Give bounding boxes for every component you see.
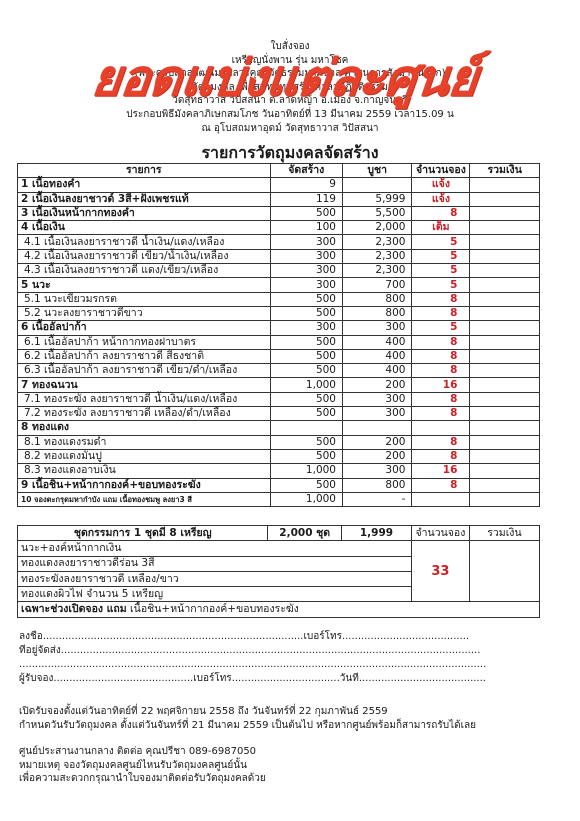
item-name: 8.2 ทองแดงมันปู [18, 449, 271, 463]
reserved-count: แจ้ง [412, 178, 470, 192]
set-price: 1,999 [341, 526, 411, 541]
reserved-count: 8 [412, 349, 470, 363]
total-cell[interactable] [470, 464, 540, 478]
price: 700 [342, 278, 411, 292]
total-cell[interactable] [470, 335, 540, 349]
total-cell[interactable] [470, 278, 540, 292]
item-name: 5 นวะ [18, 278, 271, 292]
price: 300 [342, 392, 411, 406]
table-row: 6 เนื้ออัลปาก้า3003005 [18, 321, 540, 335]
price: 2,300 [342, 264, 411, 278]
price: 5,500 [342, 206, 411, 220]
set-made: 2,000 ชุด [268, 526, 341, 541]
item-name: 9 เนื้อชิน+หน้ากากองค์+ขอบทองระฆัง [18, 478, 271, 492]
price: 2,300 [342, 235, 411, 249]
price: 200 [342, 378, 411, 392]
table-row: 7.1 ทองระฆัง ลงยาราชาวดี น้ำเงิน/แดง/เหล… [18, 392, 540, 406]
price: 200 [342, 449, 411, 463]
open-period: เปิดรับจองตั้งแต่วันอาทิตย์ที่ 22 พฤศจิก… [19, 705, 579, 719]
set-total-cell[interactable] [469, 541, 539, 602]
col-header-reserved: จำนวนจอง [412, 164, 470, 178]
item-name: 6 เนื้ออัลปาก้า [18, 321, 271, 335]
price: 2,000 [342, 221, 411, 235]
made-count: 119 [270, 192, 342, 206]
table-row: 10 จองตะกรุดมหากำบัง แถม เนื้อทองชมพู ลง… [18, 492, 540, 506]
item-name: 4.1 เนื้อเงินลงยาราชาวดี น้ำเงิน/แดง/เหล… [18, 235, 271, 249]
item-name: 4.3 เนื้อเงินลงยาราชาวดี แดง/เขียว/เหลือ… [18, 264, 271, 278]
table-header-row: รายการ จัดสร้าง บูชา จำนวนจอง รวมเงิน [18, 164, 540, 178]
made-count: 500 [270, 306, 342, 320]
reserved-count: เต็ม [412, 221, 470, 235]
made-count: 300 [270, 235, 342, 249]
item-name: 6.2 เนื้ออัลปาก้า ลงยาราชาวดี สีธงชาติ [18, 349, 271, 363]
set-bonus-row: เฉพาะช่วงเปิดจอง แถม เนื้อชิน+หน้ากากองค… [18, 602, 540, 617]
notes-section: เปิดรับจองตั้งแต่วันอาทิตย์ที่ 22 พฤศจิก… [19, 705, 579, 786]
item-name: 3 เนื้อเงินหน้ากากทองคำ [18, 206, 271, 220]
made-count: 300 [270, 278, 342, 292]
made-count: 500 [270, 292, 342, 306]
name-label: ลงชื่อ [19, 631, 43, 642]
total-cell[interactable] [470, 407, 540, 421]
reserved-count: 16 [412, 464, 470, 478]
reserved-count: 8 [412, 407, 470, 421]
total-cell[interactable] [470, 192, 540, 206]
table-row: 7 ทองฉนวน1,00020016 [18, 378, 540, 392]
price: 300 [342, 321, 411, 335]
reserved-count [412, 492, 470, 506]
reserved-count: 5 [412, 321, 470, 335]
reserved-count: 8 [412, 449, 470, 463]
contact-info: ศูนย์ประสานงานกลาง ติดต่อ คุณปรีชา 089-6… [19, 745, 579, 759]
col-header-total: รวมเงิน [470, 164, 540, 178]
total-cell[interactable] [470, 221, 540, 235]
reserved-count: 8 [412, 206, 470, 220]
col-header-made: จัดสร้าง [270, 164, 342, 178]
table-row: 4.2 เนื้อเงินลงยาราชาวดี เขียว/น้ำเงิน/เ… [18, 249, 540, 263]
total-cell[interactable] [470, 364, 540, 378]
reserved-count: 8 [412, 364, 470, 378]
made-count: 1,000 [270, 378, 342, 392]
set-item: ทองแดงลงยาราชาวดีร่อน 3สี [18, 556, 412, 571]
table-row: 4.1 เนื้อเงินลงยาราชาวดี น้ำเงิน/แดง/เหล… [18, 235, 540, 249]
total-cell[interactable] [470, 435, 540, 449]
price: 400 [342, 364, 411, 378]
table-row: 5.2 นวะลงยาราชาวดีขาว5008008 [18, 306, 540, 320]
item-name: 6.3 เนื้ออัลปาก้า ลงยาราชาวดี เขียว/ดำ/เ… [18, 364, 271, 378]
price: 300 [342, 464, 411, 478]
set-header-row: ชุดกรรมการ 1 ชุดมี 8 เหรียญ 2,000 ชุด 1,… [18, 526, 540, 541]
reserved-count: 8 [412, 335, 470, 349]
reserved-count: 16 [412, 378, 470, 392]
total-cell[interactable] [470, 421, 540, 435]
price: 2,300 [342, 249, 411, 263]
col-header-price: บูชา [342, 164, 411, 178]
table-row: 5 นวะ3007005 [18, 278, 540, 292]
table-row: 7.2 ทองระฆัง ลงยาราชาวดี เหลือง/ดำ/เหลือ… [18, 407, 540, 421]
made-count: 500 [270, 392, 342, 406]
remark-2: เพื่อความสะดวกกรุณานำใบจองมาติดต่อรับวัต… [19, 772, 579, 786]
table-row: 4.3 เนื้อเงินลงยาราชาวดี แดง/เขียว/เหลือ… [18, 264, 540, 278]
col-header-item: รายการ [18, 164, 271, 178]
item-name: 4 เนื้อเงิน [18, 221, 271, 235]
bonus-text: เนื้อชิน+หน้ากากองค์+ขอบทองระฆัง [127, 603, 299, 615]
total-cell[interactable] [470, 449, 540, 463]
reserved-count: 5 [412, 235, 470, 249]
made-count: 300 [270, 264, 342, 278]
price [342, 178, 411, 192]
made-count: 500 [270, 478, 342, 492]
made-count: 500 [270, 449, 342, 463]
made-count: 500 [270, 206, 342, 220]
reserved-count: 5 [412, 249, 470, 263]
table-row: 8.3 ทองแดงอาบเงิน1,00030016 [18, 464, 540, 478]
reserved-count: 8 [412, 435, 470, 449]
table-row: 1 เนื้อทองคำ9แจ้ง [18, 178, 540, 192]
set-reserved-count: 33 [411, 541, 469, 602]
total-cell[interactable] [470, 178, 540, 192]
made-count: 300 [270, 249, 342, 263]
set-item-row: นวะ+องค์หน้ากากเงิน 33 [18, 541, 540, 556]
table-row: 8 ทองแดง [18, 421, 540, 435]
phone-label: เบอร์โทร [303, 631, 341, 642]
receiver-label: ผู้รับจอง [19, 673, 53, 684]
item-name: 8.3 ทองแดงอาบเงิน [18, 464, 271, 478]
address-label: ที่อยู่จัดส่ง [19, 645, 61, 656]
item-name: 2 เนื้อเงินลงยาชาวด์ 3สี+ฝังเพชรแท้ [18, 192, 271, 206]
header-line: ณ อุโบสถมหาอุดม์ วัดสุทธาวาส วิปัสสนา [0, 122, 580, 136]
items-table: รายการ จัดสร้าง บูชา จำนวนจอง รวมเงิน 1 … [17, 163, 540, 507]
item-name: 7.2 ทองระฆัง ลงยาราชาวดี เหลือง/ดำ/เหลือ… [18, 407, 271, 421]
made-count [270, 421, 342, 435]
reserved-count: 8 [412, 292, 470, 306]
table-row: 9 เนื้อชิน+หน้ากากองค์+ขอบทองระฆัง500800… [18, 478, 540, 492]
set-item: ทองระฆังลงยาราชาวดี เหลือง/ขาว [18, 571, 412, 586]
price: 800 [342, 478, 411, 492]
table-row: 6.2 เนื้ออัลปาก้า ลงยาราชาวดี สีธงชาติ50… [18, 349, 540, 363]
item-name: 5.1 นวะเขียวมรกรต [18, 292, 271, 306]
order-form: ลงชื่อ..................................… [19, 630, 559, 686]
table-row: 3 เนื้อเงินหน้ากากทองคำ5005,5008 [18, 206, 540, 220]
table-row: 6.1 เนื้ออัลปาก้า หน้ากากทองฝาบาตร500400… [18, 335, 540, 349]
item-name: 8 ทองแดง [18, 421, 271, 435]
total-cell[interactable] [470, 264, 540, 278]
receiver-phone-label: เบอร์โทร [193, 673, 231, 684]
total-cell[interactable] [470, 235, 540, 249]
made-count: 300 [270, 321, 342, 335]
total-cell[interactable] [470, 306, 540, 320]
made-count: 500 [270, 364, 342, 378]
total-cell[interactable] [470, 206, 540, 220]
reserved-count: 8 [412, 478, 470, 492]
price: 800 [342, 292, 411, 306]
price: - [342, 492, 411, 506]
made-count: 500 [270, 349, 342, 363]
made-count: 9 [270, 178, 342, 192]
made-count: 500 [270, 435, 342, 449]
form-address-line[interactable]: ที่อยู่จัดส่ง...........................… [19, 644, 559, 658]
table-row: 5.1 นวะเขียวมรกรต5008008 [18, 292, 540, 306]
form-receiver-line[interactable]: ผู้รับจอง...............................… [19, 672, 559, 686]
date-label: วันที่ [340, 673, 359, 684]
table-row: 8.1 ทองแดงรมดำ5002008 [18, 435, 540, 449]
price: 400 [342, 335, 411, 349]
table-row: 8.2 ทองแดงมันปู5002008 [18, 449, 540, 463]
item-name: 10 จองตะกรุดมหากำบัง แถม เนื้อทองชมพู ลง… [18, 492, 271, 506]
price: 5,999 [342, 192, 411, 206]
total-cell[interactable] [470, 292, 540, 306]
made-count: 1,000 [270, 464, 342, 478]
price [342, 421, 411, 435]
price: 300 [342, 407, 411, 421]
set-item: ทองแดงผิวไฟ จำนวน 5 เหรียญ [18, 587, 412, 602]
total-cell[interactable] [470, 392, 540, 406]
reserved-count: 8 [412, 306, 470, 320]
total-cell[interactable] [470, 478, 540, 492]
set-table: ชุดกรรมการ 1 ชุดมี 8 เหรียญ 2,000 ชุด 1,… [17, 525, 540, 618]
table-row: 4 เนื้อเงิน1002,000เต็ม [18, 221, 540, 235]
table-row: 6.3 เนื้ออัลปาก้า ลงยาราชาวดี เขียว/ดำ/เ… [18, 364, 540, 378]
remark: หมายเหตุ จองวัตถุมงคลศูนย์ไหนรับวัตถุมงค… [19, 759, 579, 773]
item-name: 1 เนื้อทองคำ [18, 178, 271, 192]
made-count: 100 [270, 221, 342, 235]
set-total-header: รวมเงิน [469, 526, 539, 541]
price: 200 [342, 435, 411, 449]
set-item: นวะ+องค์หน้ากากเงิน [18, 541, 412, 556]
reserved-count: แจ้ง [412, 192, 470, 206]
item-name: 5.2 นวะลงยาราชาวดีขาว [18, 306, 271, 320]
item-name: 7.1 ทองระฆัง ลงยาราชาวดี น้ำเงิน/แดง/เหล… [18, 392, 271, 406]
table-row: 2 เนื้อเงินลงยาชาวด์ 3สี+ฝังเพชรแท้1195,… [18, 192, 540, 206]
price: 400 [342, 349, 411, 363]
item-name: 7 ทองฉนวน [18, 378, 271, 392]
pickup-info: กำหนดวันรับวัตถุมงคล ตั้งแต่วันจันทร์ที่… [19, 719, 579, 733]
item-name: 4.2 เนื้อเงินลงยาราชาวดี เขียว/น้ำเงิน/เ… [18, 249, 271, 263]
form-address-line-2[interactable]: ........................................… [19, 658, 559, 672]
header-line: ประกอบพิธีมังคลาภิเษกสมโภช วันอาทิตย์ที่… [0, 108, 580, 122]
reserved-count: 8 [412, 392, 470, 406]
total-cell[interactable] [470, 249, 540, 263]
price: 800 [342, 306, 411, 320]
total-cell[interactable] [470, 378, 540, 392]
set-reserved-header: จำนวนจอง [411, 526, 469, 541]
bonus-label: เฉพาะช่วงเปิดจอง แถม [21, 603, 127, 615]
reserved-count: 5 [412, 264, 470, 278]
reserved-count [412, 421, 470, 435]
total-cell[interactable] [470, 349, 540, 363]
form-name-line[interactable]: ลงชื่อ..................................… [19, 630, 559, 644]
set-title: ชุดกรรมการ 1 ชุดมี 8 เหรียญ [18, 526, 268, 541]
item-name: 6.1 เนื้ออัลปาก้า หน้ากากทองฝาบาตร [18, 335, 271, 349]
item-name: 8.1 ทองแดงรมดำ [18, 435, 271, 449]
made-count: 500 [270, 407, 342, 421]
reserved-count: 5 [412, 278, 470, 292]
made-count: 500 [270, 335, 342, 349]
watermark-overlay: ยอดแบ่งแต่ละศูนย์ [89, 48, 480, 108]
items-table-body: 1 เนื้อทองคำ9แจ้ง2 เนื้อเงินลงยาชาวด์ 3ส… [18, 178, 540, 507]
total-cell[interactable] [470, 492, 540, 506]
set-bonus: เฉพาะช่วงเปิดจอง แถม เนื้อชิน+หน้ากากองค… [18, 602, 540, 617]
made-count: 1,000 [270, 492, 342, 506]
total-cell[interactable] [470, 321, 540, 335]
